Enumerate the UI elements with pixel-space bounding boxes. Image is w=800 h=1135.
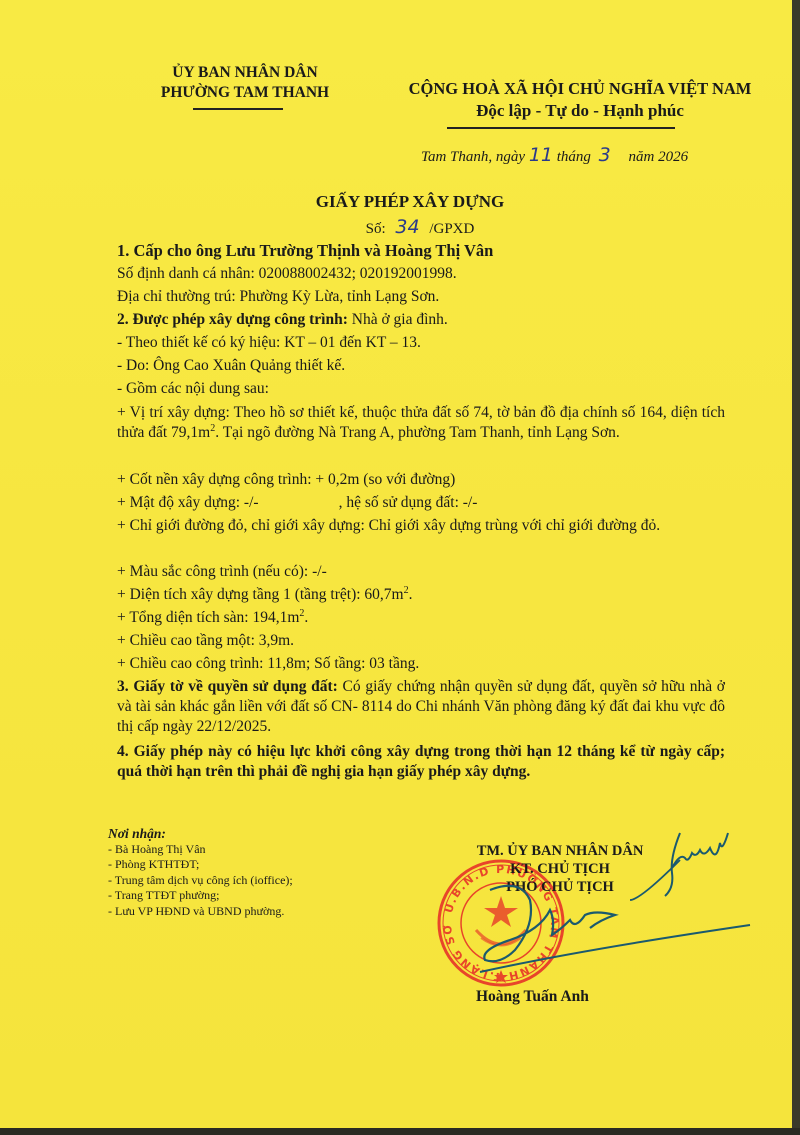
issuer-block: ỦY BAN NHÂN DÂN PHƯỜNG TAM THANH xyxy=(120,63,370,103)
handwritten-day: 11 xyxy=(529,144,553,166)
signature-line2: KT. CHỦ TỊCH xyxy=(440,860,680,878)
motto: Độc lập - Tự do - Hạnh phúc xyxy=(375,100,785,122)
recipient-item: - Phòng KTHTĐT; xyxy=(108,857,293,873)
design-code-line: - Theo thiết kế có ký hiệu: KT – 01 đến … xyxy=(117,333,421,352)
scan-edge-bottom xyxy=(0,1128,800,1135)
motto-underline xyxy=(447,127,675,129)
total-floor-area-line: + Tổng diện tích sàn: 194,1m2. xyxy=(117,608,308,627)
main-signature-icon xyxy=(480,880,760,980)
building-height-line: + Chiều cao công trình: 11,8m; Số tầng: … xyxy=(117,654,419,673)
designer-line: - Do: Ông Cao Xuân Quảng thiết kế. xyxy=(117,356,345,375)
recipient-item: - Trang TTĐT phường; xyxy=(108,888,293,904)
signature-line1: TM. ỦY BAN NHÂN DÂN xyxy=(440,842,680,860)
issue-date: Tam Thanh, ngày 11 tháng 3 năm 2026 xyxy=(421,144,688,166)
document-number: Số: 34 /GPXD xyxy=(0,216,800,238)
boundary-paragraph: + Chỉ giới đường đỏ, chỉ giới xây dựng: … xyxy=(117,516,725,536)
document-page: ỦY BAN NHÂN DÂN PHƯỜNG TAM THANH CỘNG HO… xyxy=(0,0,792,1128)
address-line: Địa chỉ thường trú: Phường Kỳ Lừa, tỉnh … xyxy=(117,287,439,306)
issuer-line2: PHƯỜNG TAM THANH xyxy=(120,83,370,103)
first-floor-height-line: + Chiều cao tầng một: 3,9m. xyxy=(117,631,294,650)
color-line: + Màu sắc công trình (nếu có): -/- xyxy=(117,562,327,581)
section3-paragraph: 3. Giấy tờ về quyền sử dụng đất: Có giấy… xyxy=(117,677,725,737)
location-paragraph: + Vị trí xây dựng: Theo hồ sơ thiết kế, … xyxy=(117,403,725,443)
contents-label: - Gồm các nội dung sau: xyxy=(117,379,269,398)
section1-heading: 1. Cấp cho ông Lưu Trường Thịnh và Hoàng… xyxy=(117,241,493,260)
recipient-item: - Trung tâm dịch vụ công ích (ioffice); xyxy=(108,873,293,889)
recipient-item: - Bà Hoàng Thị Vân xyxy=(108,842,293,858)
ground-floor-area-line: + Diện tích xây dựng tầng 1 (tầng trệt):… xyxy=(117,585,412,604)
handwritten-month: 3 xyxy=(599,144,611,166)
nation-title: CỘNG HOÀ XÃ HỘI CHỦ NGHĨA VIỆT NAM xyxy=(375,78,785,100)
issuer-underline xyxy=(193,108,283,110)
recipients-label: Nơi nhận: xyxy=(108,826,293,842)
foundation-level-line: + Cốt nền xây dựng công trình: + 0,2m (s… xyxy=(117,470,455,489)
personal-id-line: Số định danh cá nhân: 020088002432; 0201… xyxy=(117,264,457,283)
signer-name: Hoàng Tuấn Anh xyxy=(476,988,589,1006)
document-title: GIẤY PHÉP XÂY DỰNG xyxy=(0,192,800,212)
issuer-line1: ỦY BAN NHÂN DÂN xyxy=(120,63,370,83)
handwritten-number: 34 xyxy=(395,216,419,238)
section2-heading: 2. Được phép xây dựng công trình: Nhà ở … xyxy=(117,310,448,329)
recipients-block: Nơi nhận: - Bà Hoàng Thị Vân - Phòng KTH… xyxy=(108,826,293,919)
section4-paragraph: 4. Giấy phép này có hiệu lực khởi công x… xyxy=(117,742,725,782)
scan-edge-right xyxy=(792,0,800,1135)
density-line: + Mật độ xây dựng: -/-, hệ số sử dụng đấ… xyxy=(117,493,477,512)
recipient-item: - Lưu VP HĐND và UBND phường. xyxy=(108,904,293,920)
nation-block: CỘNG HOÀ XÃ HỘI CHỦ NGHĨA VIỆT NAM Độc l… xyxy=(375,78,785,122)
